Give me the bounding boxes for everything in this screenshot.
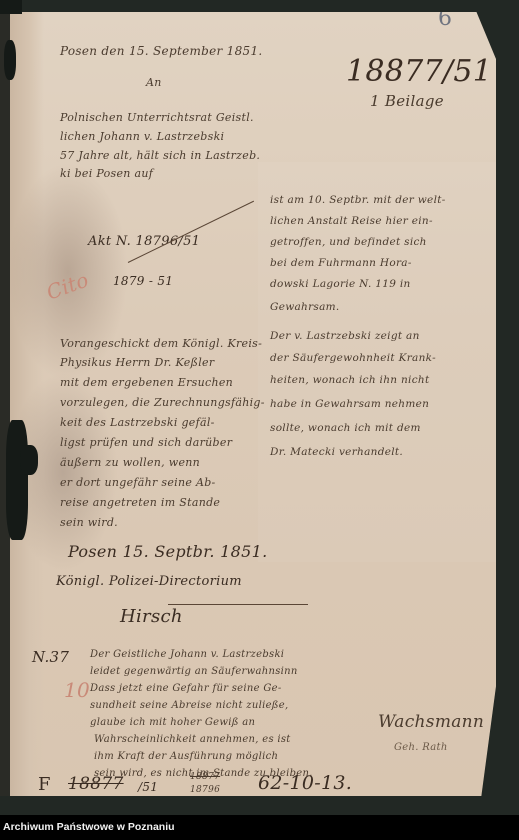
closing-underline bbox=[168, 604, 308, 605]
body-line: Vorangeschickt dem Königl. Kreis- bbox=[60, 337, 262, 350]
doctor-title: Geh. Rath bbox=[394, 742, 448, 753]
right-body-line: Dr. Matecki verhandelt. bbox=[270, 446, 403, 458]
margin-number: N.37 bbox=[32, 648, 69, 666]
doctor-signature: Wachsmann bbox=[378, 712, 484, 732]
body-line: äußern zu wollen, wenn bbox=[60, 456, 200, 469]
bottom-body-line: Der Geistliche Johann v. Lastrzebski bbox=[90, 649, 284, 660]
right-body-line: dowski Lagorie N. 119 in bbox=[270, 278, 411, 290]
reference-underline bbox=[128, 201, 254, 263]
right-body-line: bei dem Fuhrmann Hora- bbox=[270, 257, 412, 269]
right-body-line: der Säufergewohnheit Krank- bbox=[270, 352, 436, 364]
bottom-body-line: ihm Kraft der Ausführung möglich bbox=[94, 751, 278, 762]
archive-name: Archiwum Państwowe w Poznaniu bbox=[3, 821, 175, 833]
archive-code: 62-10-13. bbox=[258, 772, 352, 794]
bottom-body-line: leidet gegenwärtig an Säuferwahnsinn bbox=[90, 666, 298, 677]
struck-suffix: /51 bbox=[138, 780, 158, 794]
red-margin-number: 10 bbox=[64, 678, 90, 702]
right-body-line: ist am 10. Septbr. mit der welt- bbox=[270, 194, 446, 206]
bottom-body-line: Wahrscheinlichkeit annehmen, es ist bbox=[94, 734, 291, 745]
right-body-line: sollte, wonach ich mit dem bbox=[270, 422, 421, 434]
body-line: vorzulegen, die Zurechnungsfähig- bbox=[60, 396, 265, 409]
bottom-body-line: Dass jetzt eine Gefahr für seine Ge- bbox=[90, 683, 282, 694]
closing-authority: Königl. Polizei-Directorium bbox=[56, 574, 242, 589]
right-body-line: Der v. Lastrzebski zeigt an bbox=[270, 330, 420, 342]
file-number-sub: 1 Beilage bbox=[370, 92, 444, 110]
binding-damage bbox=[0, 0, 22, 14]
document-scan: Posen den 15. September 1851. 6 18877/51… bbox=[0, 0, 519, 815]
binding-damage bbox=[4, 40, 16, 80]
bottom-body-line: sundheit seine Abreise nicht zuließe, bbox=[90, 700, 288, 711]
closing-date: Posen 15. Septbr. 1851. bbox=[68, 542, 267, 561]
binding-damage bbox=[6, 420, 28, 540]
binding-damage bbox=[0, 796, 519, 815]
bottom-body-line: glaube ich mit hoher Gewiß an bbox=[90, 717, 255, 728]
binding-damage bbox=[20, 445, 38, 475]
recipient-line: Polnischen Unterrichtsrat Geistl. bbox=[60, 111, 254, 124]
body-line: keit des Lastrzebski gefäl- bbox=[60, 416, 215, 429]
file-number: 18877/51 bbox=[346, 54, 492, 89]
numbers-stack-top: 18877 bbox=[190, 772, 220, 782]
page-number: 6 bbox=[438, 6, 452, 31]
recipient-line: ki bei Posen auf bbox=[60, 167, 153, 180]
address-to: An bbox=[146, 76, 162, 89]
caption-bar: Archiwum Państwowe w Poznaniu bbox=[0, 815, 519, 840]
binding-damage bbox=[0, 0, 10, 815]
right-body-line: Gewahrsam. bbox=[270, 301, 340, 313]
right-body-line: lichen Anstalt Reise hier ein- bbox=[270, 215, 433, 227]
body-line: reise angetreten im Stande bbox=[60, 496, 220, 509]
date-line: Posen den 15. September 1851. bbox=[60, 44, 263, 58]
paper-sheet: Posen den 15. September 1851. 6 18877/51… bbox=[8, 12, 496, 796]
body-line: sein wird. bbox=[60, 516, 118, 529]
right-body-line: habe in Gewahrsam nehmen bbox=[270, 398, 429, 410]
struck-number: 18877 bbox=[68, 774, 124, 794]
recipient-line: lichen Johann v. Lastrzebski bbox=[60, 130, 224, 143]
right-body-line: getroffen, und befindet sich bbox=[270, 236, 427, 248]
body-line: er dort ungefähr seine Ab- bbox=[60, 476, 216, 489]
right-body-line: heiten, wonach ich ihn nicht bbox=[270, 374, 429, 386]
recipient-line: 57 Jahre alt, hält sich in Lastrzeb. bbox=[60, 149, 260, 162]
reference-sub: 1879 - 51 bbox=[113, 274, 173, 288]
body-line: ligst prüfen und sich darüber bbox=[60, 436, 232, 449]
stamp-letter: F bbox=[38, 774, 51, 795]
closing-signature: Hirsch bbox=[120, 606, 183, 627]
body-line: Physikus Herrn Dr. Keßler bbox=[60, 356, 214, 369]
numbers-stack-bottom: 18796 bbox=[190, 785, 220, 795]
body-line: mit dem ergebenen Ersuchen bbox=[60, 376, 233, 389]
reference-number: Akt N. 18796/51 bbox=[88, 234, 200, 249]
